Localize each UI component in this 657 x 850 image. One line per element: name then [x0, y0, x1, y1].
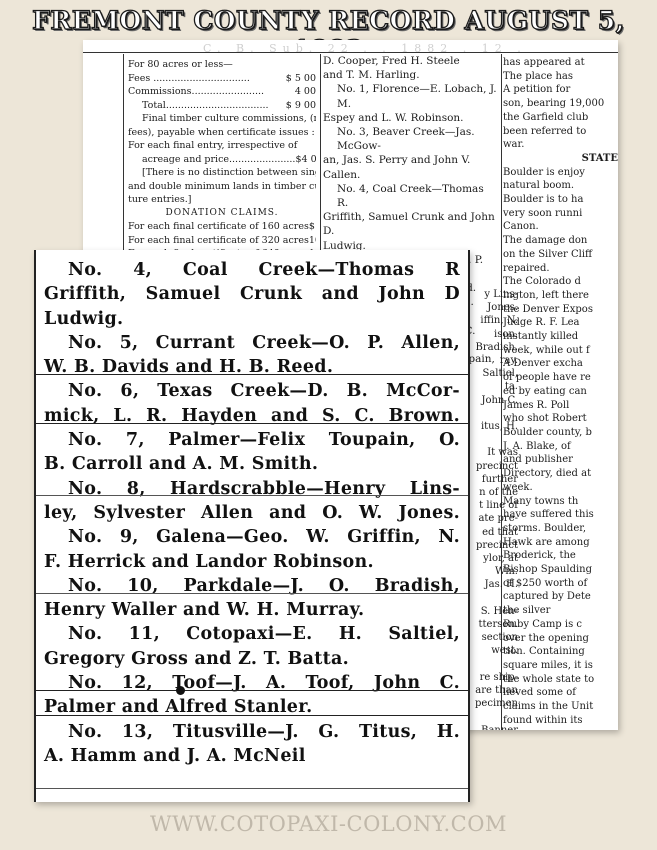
- donation-row: For each final certificate of 320 acres1…: [128, 234, 316, 248]
- article-line: A. Hamm and J. A. McNeil: [44, 744, 460, 768]
- donation-row: For each final certificate of 160 acres$…: [128, 220, 316, 234]
- separator-rule: [36, 495, 468, 496]
- fees-row-total: Total..................................$…: [128, 99, 316, 113]
- column-line: J. A. Blake, of: [503, 440, 618, 454]
- article-line: F. Herrick and Landor Robinson.: [44, 550, 460, 574]
- column-line: very soon runni: [503, 207, 618, 221]
- column-line: The damage don: [503, 234, 618, 248]
- donation-claims-heading: DONATION CLAIMS.: [128, 207, 316, 221]
- column-line: captured by Dete: [503, 590, 618, 604]
- article-line: No. 11, Cotopaxi—E. H. Saltiel,: [44, 622, 460, 646]
- column-line: claims in the Unit: [503, 700, 618, 714]
- article-line: No. 13, Titusville—J. G. Titus, H.: [44, 720, 460, 744]
- column-line: of $250 worth of: [503, 577, 618, 591]
- fees-row: Fees ................................$ 5…: [128, 72, 316, 86]
- fees-row: For 80 acres or less—: [128, 58, 316, 72]
- column-line: has appeared at: [503, 56, 618, 70]
- fees-row: fees), payable when certificate issues :: [128, 126, 316, 140]
- fees-row: acreage and price......................$…: [128, 153, 316, 167]
- column-line: week.: [503, 481, 618, 495]
- separator-rule: [36, 788, 468, 789]
- article-line: No. 10, Parkdale—J. O. Bradish,: [44, 574, 460, 598]
- column-line: Boulder is enjoy: [503, 166, 618, 180]
- article-line: No. 9, Galena—Geo. W. Griffin, N.: [44, 525, 460, 549]
- column-line: ington, left there: [503, 289, 618, 303]
- separator-rule: [36, 690, 468, 691]
- column-line: The place has: [503, 70, 618, 84]
- separator-rule: [36, 593, 468, 594]
- column-line: Judge R. F. Lea: [503, 316, 618, 330]
- column-line: who shot Robert: [503, 412, 618, 426]
- column-line: Directory, died at: [503, 467, 618, 481]
- column-line: the whole state to: [503, 673, 618, 687]
- article-line: No. 7, Palmer—Felix Toupain, O.: [44, 428, 460, 452]
- article-line: ley, Sylvester Allen and O. W. Jones.: [44, 501, 460, 525]
- article-line: W. B. Davids and H. B. Reed.: [44, 355, 460, 379]
- column-line: week, while out f: [503, 344, 618, 358]
- top-rule: [83, 52, 618, 53]
- column-line: Canon.: [503, 220, 618, 234]
- column-line: over the opening: [503, 632, 618, 646]
- column-line: A Denver excha: [503, 357, 618, 371]
- article-line: No. 6, Texas Creek—D. B. McCor-: [44, 379, 460, 403]
- separator-rule: [36, 715, 468, 716]
- separator-rule: [36, 374, 468, 375]
- article-line: No. 5, Currant Creek—O. P. Allen,: [44, 331, 460, 355]
- column-line: found within its: [503, 714, 618, 728]
- article-line: No. 8, Hardscrabble—Henry Lins-: [44, 477, 460, 501]
- column-line: The Colorado d: [503, 275, 618, 289]
- article-line: Ludwig.: [44, 307, 460, 331]
- article-line: mick, L. R. Hayden and S. C. Brown.: [44, 404, 460, 428]
- website-watermark: WWW.COTOPAXI-COLONY.COM: [0, 812, 657, 836]
- column-line: and publisher: [503, 453, 618, 467]
- column-line: repaired.: [503, 262, 618, 276]
- article-line: No. 12, Toof—J. A. Toof, John C.: [44, 671, 460, 695]
- right-column-text: has appeared atThe place hasA petition f…: [503, 56, 618, 727]
- fees-row: Final timber culture commissions, (no: [128, 112, 316, 126]
- column-line: Bishop Spaulding: [503, 563, 618, 577]
- column-line: Ruby Camp is c: [503, 618, 618, 632]
- column-line: the Denver Expos: [503, 303, 618, 317]
- column-line: the silver: [503, 604, 618, 618]
- column-line: instantly killed: [503, 330, 618, 344]
- fees-row: Commissions........................4 00: [128, 85, 316, 99]
- column-line: square miles, it is: [503, 659, 618, 673]
- column-line: lieved some of: [503, 686, 618, 700]
- column-line: son, bearing 19,000: [503, 97, 618, 111]
- column-line: war.: [503, 138, 618, 152]
- column-line: Boulder county, b: [503, 426, 618, 440]
- column-line: Hawk are among: [503, 536, 618, 550]
- column-line: on the Silver Cliff: [503, 248, 618, 262]
- article-line: Henry Waller and W. H. Murray.: [44, 598, 460, 622]
- ink-spot: [176, 686, 185, 695]
- column-line: of people have re: [503, 371, 618, 385]
- separator-rule: [36, 423, 468, 424]
- column-line: been referred to: [503, 125, 618, 139]
- column-line: James R. Poll: [503, 399, 618, 413]
- fees-row: [There is no distinction between single: [128, 166, 316, 180]
- column-line: tion. Containing: [503, 645, 618, 659]
- fees-row: ture entries.]: [128, 193, 316, 207]
- article-line: B. Carroll and A. M. Smith.: [44, 452, 460, 476]
- precinct-judges-list: No. 4, Coal Creek—Thomas RGriffith, Samu…: [44, 258, 460, 768]
- column-line: ed by eating can: [503, 385, 618, 399]
- column-line: Boulder is to ha: [503, 193, 618, 207]
- column-line: natural boom.: [503, 179, 618, 193]
- front-newspaper-clipping: No. 4, Coal Creek—Thomas RGriffith, Samu…: [34, 250, 470, 802]
- article-line: Griffith, Samuel Crunk and John D: [44, 282, 460, 306]
- column-line: Broderick, the: [503, 549, 618, 563]
- fees-row: For each final entry, irrespective of: [128, 139, 316, 153]
- article-line: No. 4, Coal Creek—Thomas R: [44, 258, 460, 282]
- column-line: A petition for: [503, 83, 618, 97]
- column-line: the Garfield club: [503, 111, 618, 125]
- column-line: Many towns th: [503, 495, 618, 509]
- column-line: STATE: [503, 152, 618, 166]
- fees-row: and double minimum lands in timber cul-: [128, 180, 316, 194]
- column-line: storms. Boulder,: [503, 522, 618, 536]
- column-line: have suffered this: [503, 508, 618, 522]
- article-line: Gregory Gross and Z. T. Batta.: [44, 647, 460, 671]
